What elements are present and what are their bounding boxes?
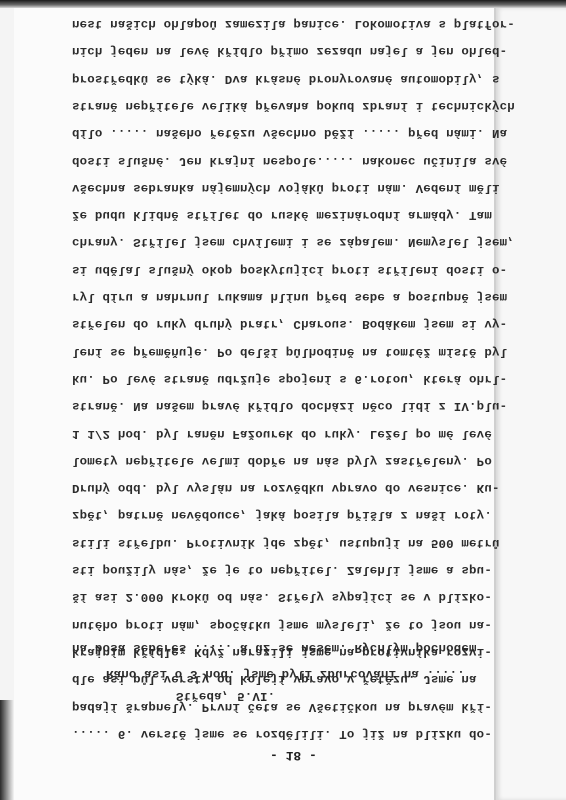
text-line: nutého proti nám, spočátku jsme mysleli,… (72, 618, 492, 632)
text-line: nich jeden na levé křídlo přímo zezadu n… (72, 44, 507, 58)
text-line: ..... 6. verstě jsme se rozdělili. To ji… (72, 727, 492, 741)
text-line: si udělal slušný okop poskytující proti … (72, 263, 507, 277)
text-line: ku. Po levé straně udržuje spojení s 6.r… (72, 372, 507, 386)
scan-left-edge (0, 700, 14, 800)
scan-top-edge (0, 0, 566, 8)
text-line: ší asi 2.000 kroků od nás. Střely sypají… (72, 590, 492, 604)
text-line: padají šrapnely. První četa se Všetičkou… (72, 700, 492, 714)
text-line: sti použily nás, že je to nepřítel. Zale… (72, 563, 492, 577)
text-line: všechna sebranka nájemných vojáků proti … (72, 181, 500, 195)
text-line: Ráno asi o 3 hod. jsme byli zburcováni n… (106, 667, 465, 681)
text-line: 1 1/2 hod. byl raněn Fažourek do ruky. L… (72, 427, 492, 441)
text-line: straně. Na našem pravé křídlo dochází ně… (72, 399, 507, 413)
text-line: na bosa sebereš ..... a už se nesem. Ryc… (72, 641, 477, 655)
text-line: stili střelbu. Protivník jde zpět, ustup… (72, 536, 500, 550)
text-line: dosti slušné. Jen krajní nespole..... na… (72, 154, 507, 168)
date-heading: Středa, 5.VI. (176, 689, 275, 703)
text-line: dílo ..... našeho řetězu všechno běží ..… (72, 126, 507, 140)
text-line: Druhý odd. byl vyslán na rozvědku vpravo… (72, 481, 500, 495)
text-line: střelen do ruky druhý bratr, Charous. Bo… (72, 317, 507, 331)
text-line: lomety nepřítele velmi dobře na nás byly… (72, 454, 492, 468)
text-line: prostředků se týká. Dva krásné bronyrova… (72, 72, 500, 86)
page-number: - 18 - (270, 748, 317, 763)
text-line: nest našich ohlapoů zamezila panice. Lok… (72, 17, 515, 31)
text-line: chrany. Střílel jsem chvílemi i se zápal… (72, 235, 515, 249)
text-line: zpět, patrně nevědouce, jaká posila přiš… (72, 508, 492, 522)
text-line: lení se přeměňuje. Po delší půlhodině na… (72, 345, 507, 359)
text-line: že budu klidně střílet do ruské mezináro… (72, 208, 492, 222)
text-line: straně nepřítele veliká převaha pokud zb… (72, 99, 515, 113)
text-line: ryl díru a nahrnul rukama hlínu před seb… (72, 290, 507, 304)
